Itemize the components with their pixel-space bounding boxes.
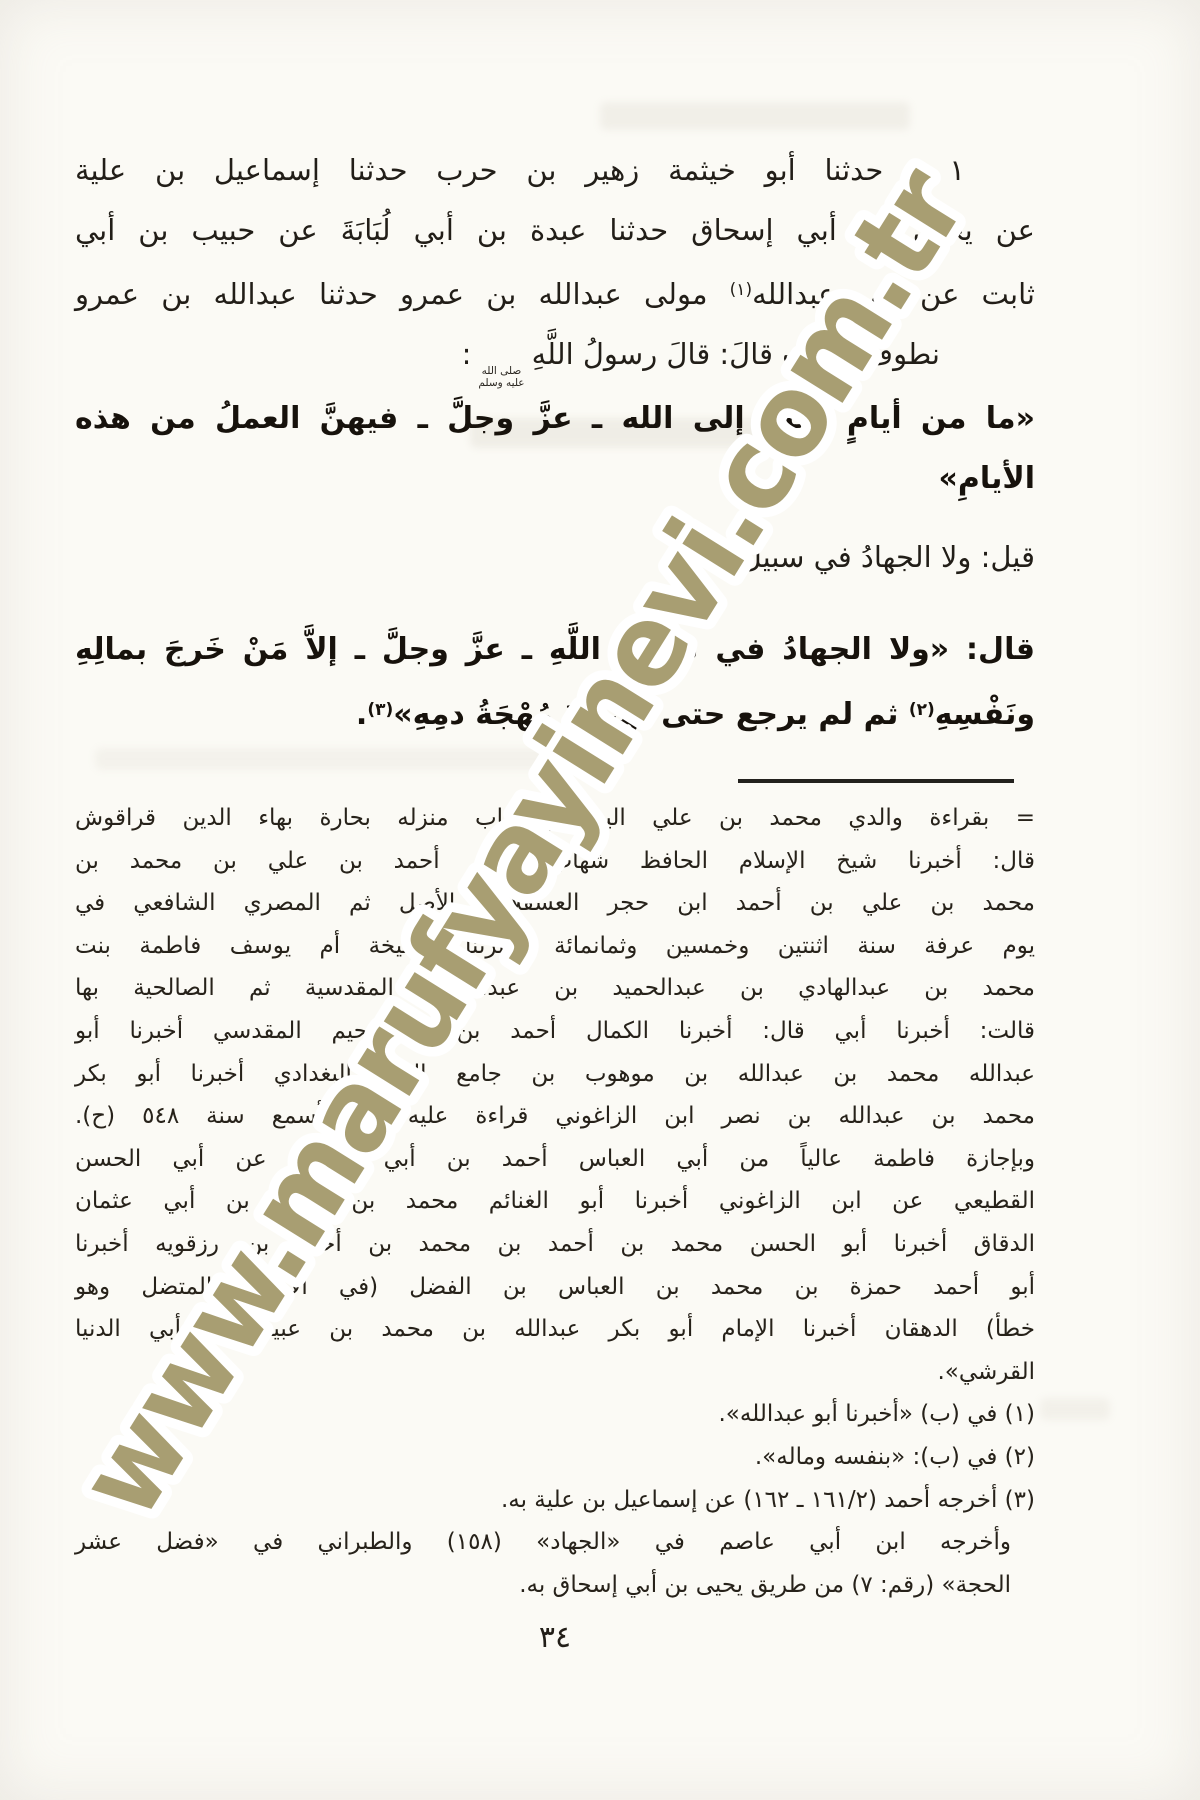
matn-line-4-period: . [356,697,367,732]
footnote-line: القطيعي عن ابن الزاغوني أخبرنا أبو الغنا… [75,1180,1035,1223]
isnad-line-4-text: نطوفُ بالبيتِ قالَ: قالَ رسولُ اللَّهِ [532,337,940,371]
saw-bottom: عليه وسلم [478,378,524,390]
showthrough-mark [1040,1398,1110,1420]
footnote-line: = بقراءة والدي محمد بن علي اليوسفي بباب … [75,797,1035,840]
footnote-line: (٣) أخرجه أحمد (١٦١/٢ ـ ١٦٢) عن إسماعيل … [75,1479,1035,1522]
isnad-line-3-text: ثابت عن أبي عبدالله [752,277,1035,311]
footnote-line: القرشي». [75,1351,1035,1394]
showthrough-mark [600,102,910,130]
footnote-ref-1: (١) [730,280,752,300]
footnote-line: وأخرجه ابن أبي عاصم في «الجهاد» (١٥٨) وا… [75,1521,1035,1564]
footnote-line: (١) في (ب) «أخبرنا أبو عبدالله». [75,1393,1035,1436]
footnote-line: محمد بن عبدالهادي بن عبدالحميد بن عبداله… [75,967,1035,1010]
page-number: ٣٤ [75,1620,1035,1655]
matn-line-4-cont: ثم لم يرجع حتى تهراقَ مُهْجَةُ دمِهِ» [393,697,898,732]
footnote-line: خطأ) الدهقان أخبرنا الإمام أبو بكر عبدال… [75,1308,1035,1351]
footnote-line: قال: أخبرنا شيخ الإسلام الحافظ شهاب الدي… [75,840,1035,883]
isnad-line-1: ١ ـ حدثنا أبو خيثمة زهير بن حرب حدثنا إس… [75,140,1035,200]
footnote-line: الدقاق أخبرنا أبو الحسن محمد بن أحمد بن … [75,1223,1035,1266]
footnotes-block: = بقراءة والدي محمد بن علي اليوسفي بباب … [75,797,1035,1606]
footnote-separator [738,779,1014,783]
footnote-line: الحجة» (رقم: ٧) من طريق يحيى بن أبي إسحا… [75,1564,1035,1607]
isnad-line-3-cont: مولى عبدالله بن عمرو حدثنا عبدالله بن عم… [75,277,708,311]
question-line: قيل: ولا الجهادُ في سبيل الله؟. [75,527,1035,587]
saw-ligature: صلى اللهعليه وسلم [478,366,524,389]
footnote-ref-3: (٣) [367,700,393,720]
footnote-line: محمد بن عبدالله بن نصر ابن الزاغوني قراء… [75,1095,1035,1138]
footnote-line: قالت: أخبرنا أبي قال: أخبرنا الكمال أحمد… [75,1010,1035,1053]
showthrough-mark [95,748,595,770]
matn-line-1: «ما من أيامٍ أحبُّ إلى الله ـ عزَّ وجلَّ… [75,389,1035,449]
footnote-line: وبإجازة فاطمة عالياً من أبي العباس أحمد … [75,1138,1035,1181]
matn-line-4-text: ونَفْسِهِ [935,697,1035,732]
footnote-line: يوم عرفة سنة اثنتين وخمسين وثمانمائة أخب… [75,925,1035,968]
isnad-line-4-colon: : [462,337,472,371]
footnote-line: محمد بن علي بن أحمد ابن حجر العسقلاني ال… [75,882,1035,925]
matn-line-3: قال: «ولا الجهادُ في سبيلِ اللَّهِ ـ عزَ… [75,620,1035,680]
footnote-line: (٢) في (ب): «بنفسه وماله». [75,1436,1035,1479]
matn-line-2: الأيامِ» [75,449,1035,509]
isnad-line-3: ثابت عن أبي عبدالله(١) مولى عبدالله بن ع… [75,260,1035,324]
hadith-text-block: ١ ـ حدثنا أبو خيثمة زهير بن حرب حدثنا إس… [75,140,1035,745]
isnad-line-2: عن يحيى بن أبي إسحاق حدثنا عبدة بن أبي ل… [75,200,1035,260]
saw-top: صلى الله [482,366,522,378]
footnote-ref-2: (٢) [909,700,935,720]
footnote-line: أبو أحمد حمزة بن محمد بن العباس بن الفضل… [75,1266,1035,1309]
isnad-line-4: نطوفُ بالبيتِ قالَ: قالَ رسولُ اللَّهِصل… [75,324,1035,389]
matn-line-4: ونَفْسِهِ(٢) ثم لم يرجع حتى تهراقَ مُهْج… [75,680,1035,745]
scanned-page: ١ ـ حدثنا أبو خيثمة زهير بن حرب حدثنا إس… [0,0,1200,1800]
footnote-line: عبدالله محمد بن عبدالله بن موهوب بن جامع… [75,1053,1035,1096]
